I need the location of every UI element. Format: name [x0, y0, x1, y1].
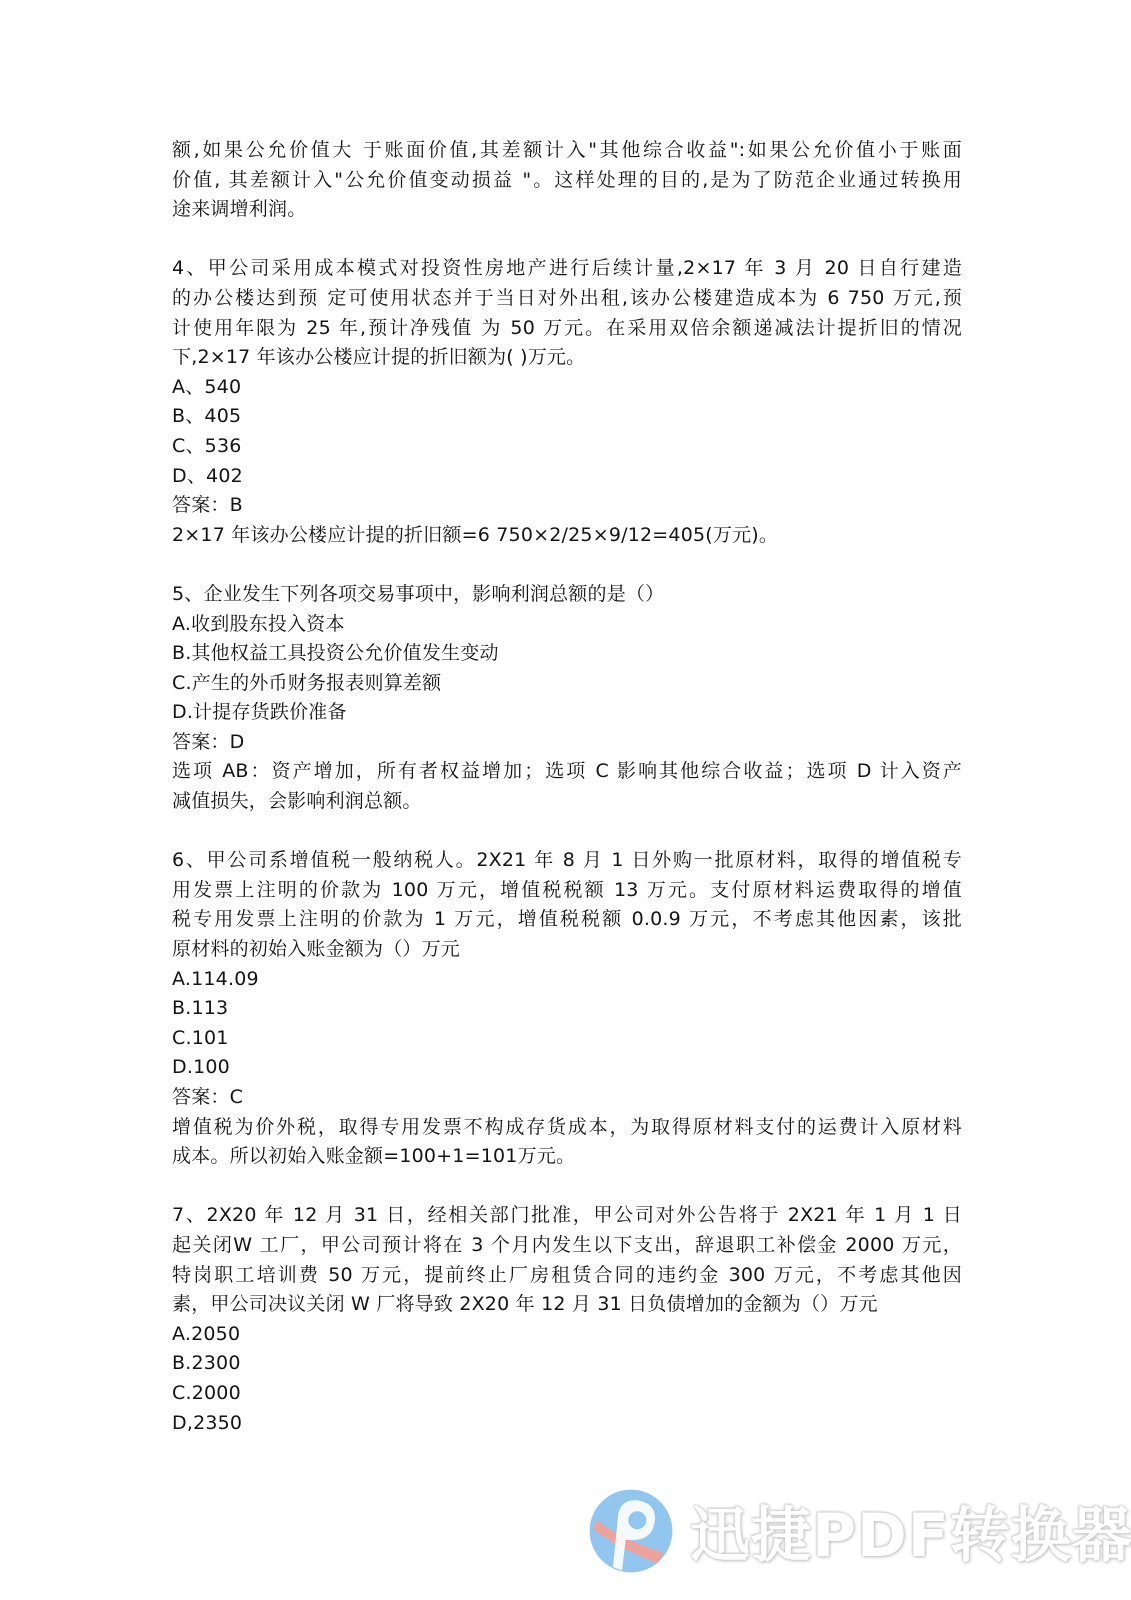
option-c: C.产生的外币财务报表则算差额: [172, 669, 962, 699]
option-a: A、540: [172, 373, 962, 403]
text-line: 价值, 其差额计入"公允价值变动损益 "。这样处理的目的,是为了防范企业通过转换…: [172, 166, 962, 196]
question-stem-line: 素，甲公司决议关闭 W 厂将导致 2X20 年 12 月 31 日负债增加的金额…: [172, 1290, 962, 1320]
option-a: A.2050: [172, 1320, 962, 1350]
option-d: D,2350: [172, 1409, 962, 1439]
document-page: 额,如果公允价值大 于账面价值,其差额计入"其他综合收益":如果公允价值小于账面…: [172, 136, 962, 1438]
question-stem-line: 4、甲公司采用成本模式对投资性房地产进行后续计量,2×17 年 3 月 20 日…: [172, 254, 962, 284]
question-stem-line: 计使用年限为 25 年,预计净残值 为 50 万元。在采用双倍余额递减法计提折旧…: [172, 314, 962, 344]
question-stem-line: 的办公楼达到预 定可使用状态并于当日对外出租,该办公楼建造成本为 6 750 万…: [172, 284, 962, 314]
option-d: D.计提存货跌价准备: [172, 698, 962, 728]
option-d: D、402: [172, 462, 962, 492]
answer: 答案：C: [172, 1083, 962, 1113]
question-stem-line: 原材料的初始入账金额为（）万元: [172, 935, 962, 965]
explanation-line: 2×17 年该办公楼应计提的折旧额=6 750×2/25×9/12=405(万元…: [172, 521, 962, 551]
option-a: A.收到股东投入资本: [172, 610, 962, 640]
question-stem-line: 下,2×17 年该办公楼应计提的折旧额为( )万元。: [172, 343, 962, 373]
question-stem-line: 6、甲公司系增值税一般纳税人。2X21 年 8 月 1 日外购一批原材料，取得的…: [172, 846, 962, 876]
option-b: B.其他权益工具投资公允价值发生变动: [172, 639, 962, 669]
answer: 答案：D: [172, 728, 962, 758]
option-a: A.114.09: [172, 965, 962, 995]
question-6: 6、甲公司系增值税一般纳税人。2X21 年 8 月 1 日外购一批原材料，取得的…: [172, 846, 962, 1172]
option-c: C、536: [172, 432, 962, 462]
question-stem-line: 税专用发票上注明的价款为 1 万元，增值税税额 0.0.9 万元，不考虑其他因素…: [172, 905, 962, 935]
watermark: 迅捷PDF转换器: [586, 1486, 1106, 1576]
option-b: B.2300: [172, 1349, 962, 1379]
question-4: 4、甲公司采用成本模式对投资性房地产进行后续计量,2×17 年 3 月 20 日…: [172, 254, 962, 550]
explanation-line: 成本。所以初始入账金额=100+1=101万元。: [172, 1142, 962, 1172]
question-stem-line: 用发票上注明的价款为 100 万元，增值税税额 13 万元。支付原材料运费取得的…: [172, 876, 962, 906]
spacer: [172, 550, 962, 580]
option-b: B.113: [172, 994, 962, 1024]
explanation-line: 减值损失，会影响利润总额。: [172, 787, 962, 817]
option-b: B、405: [172, 402, 962, 432]
option-c: C.2000: [172, 1379, 962, 1409]
question-stem-line: 起关闭W 工厂，甲公司预计将在 3 个月内发生以下支出，辞退职工补偿金 2000…: [172, 1231, 962, 1261]
explanation-line: 增值税为价外税，取得专用发票不构成存货成本，为取得原材料支付的运费计入原材料: [172, 1113, 962, 1143]
option-d: D.100: [172, 1053, 962, 1083]
answer: 答案：B: [172, 491, 962, 521]
spacer: [172, 817, 962, 847]
text-line: 额,如果公允价值大 于账面价值,其差额计入"其他综合收益":如果公允价值小于账面: [172, 136, 962, 166]
explanation-line: 选项 AB：资产增加，所有者权益增加；选项 C 影响其他综合收益；选项 D 计入…: [172, 757, 962, 787]
option-c: C.101: [172, 1024, 962, 1054]
question-stem-line: 5、企业发生下列各项交易事项中，影响利润总额的是（）: [172, 580, 962, 610]
watermark-text: 迅捷PDF转换器: [690, 1488, 1131, 1574]
spacer: [172, 225, 962, 255]
intro-paragraph: 额,如果公允价值大 于账面价值,其差额计入"其他综合收益":如果公允价值小于账面…: [172, 136, 962, 225]
question-5: 5、企业发生下列各项交易事项中，影响利润总额的是（） A.收到股东投入资本 B.…: [172, 580, 962, 817]
xunjie-pdf-logo-icon: [586, 1486, 676, 1576]
question-stem-line: 特岗职工培训费 50 万元，提前终止厂房租赁合同的违约金 300 万元，不考虑其…: [172, 1261, 962, 1291]
spacer: [172, 1172, 962, 1202]
text-line: 途来调增利润。: [172, 195, 962, 225]
question-7: 7、2X20 年 12 月 31 日，经相关部门批准，甲公司对外公告将于 2X2…: [172, 1201, 962, 1438]
question-stem-line: 7、2X20 年 12 月 31 日，经相关部门批准，甲公司对外公告将于 2X2…: [172, 1201, 962, 1231]
